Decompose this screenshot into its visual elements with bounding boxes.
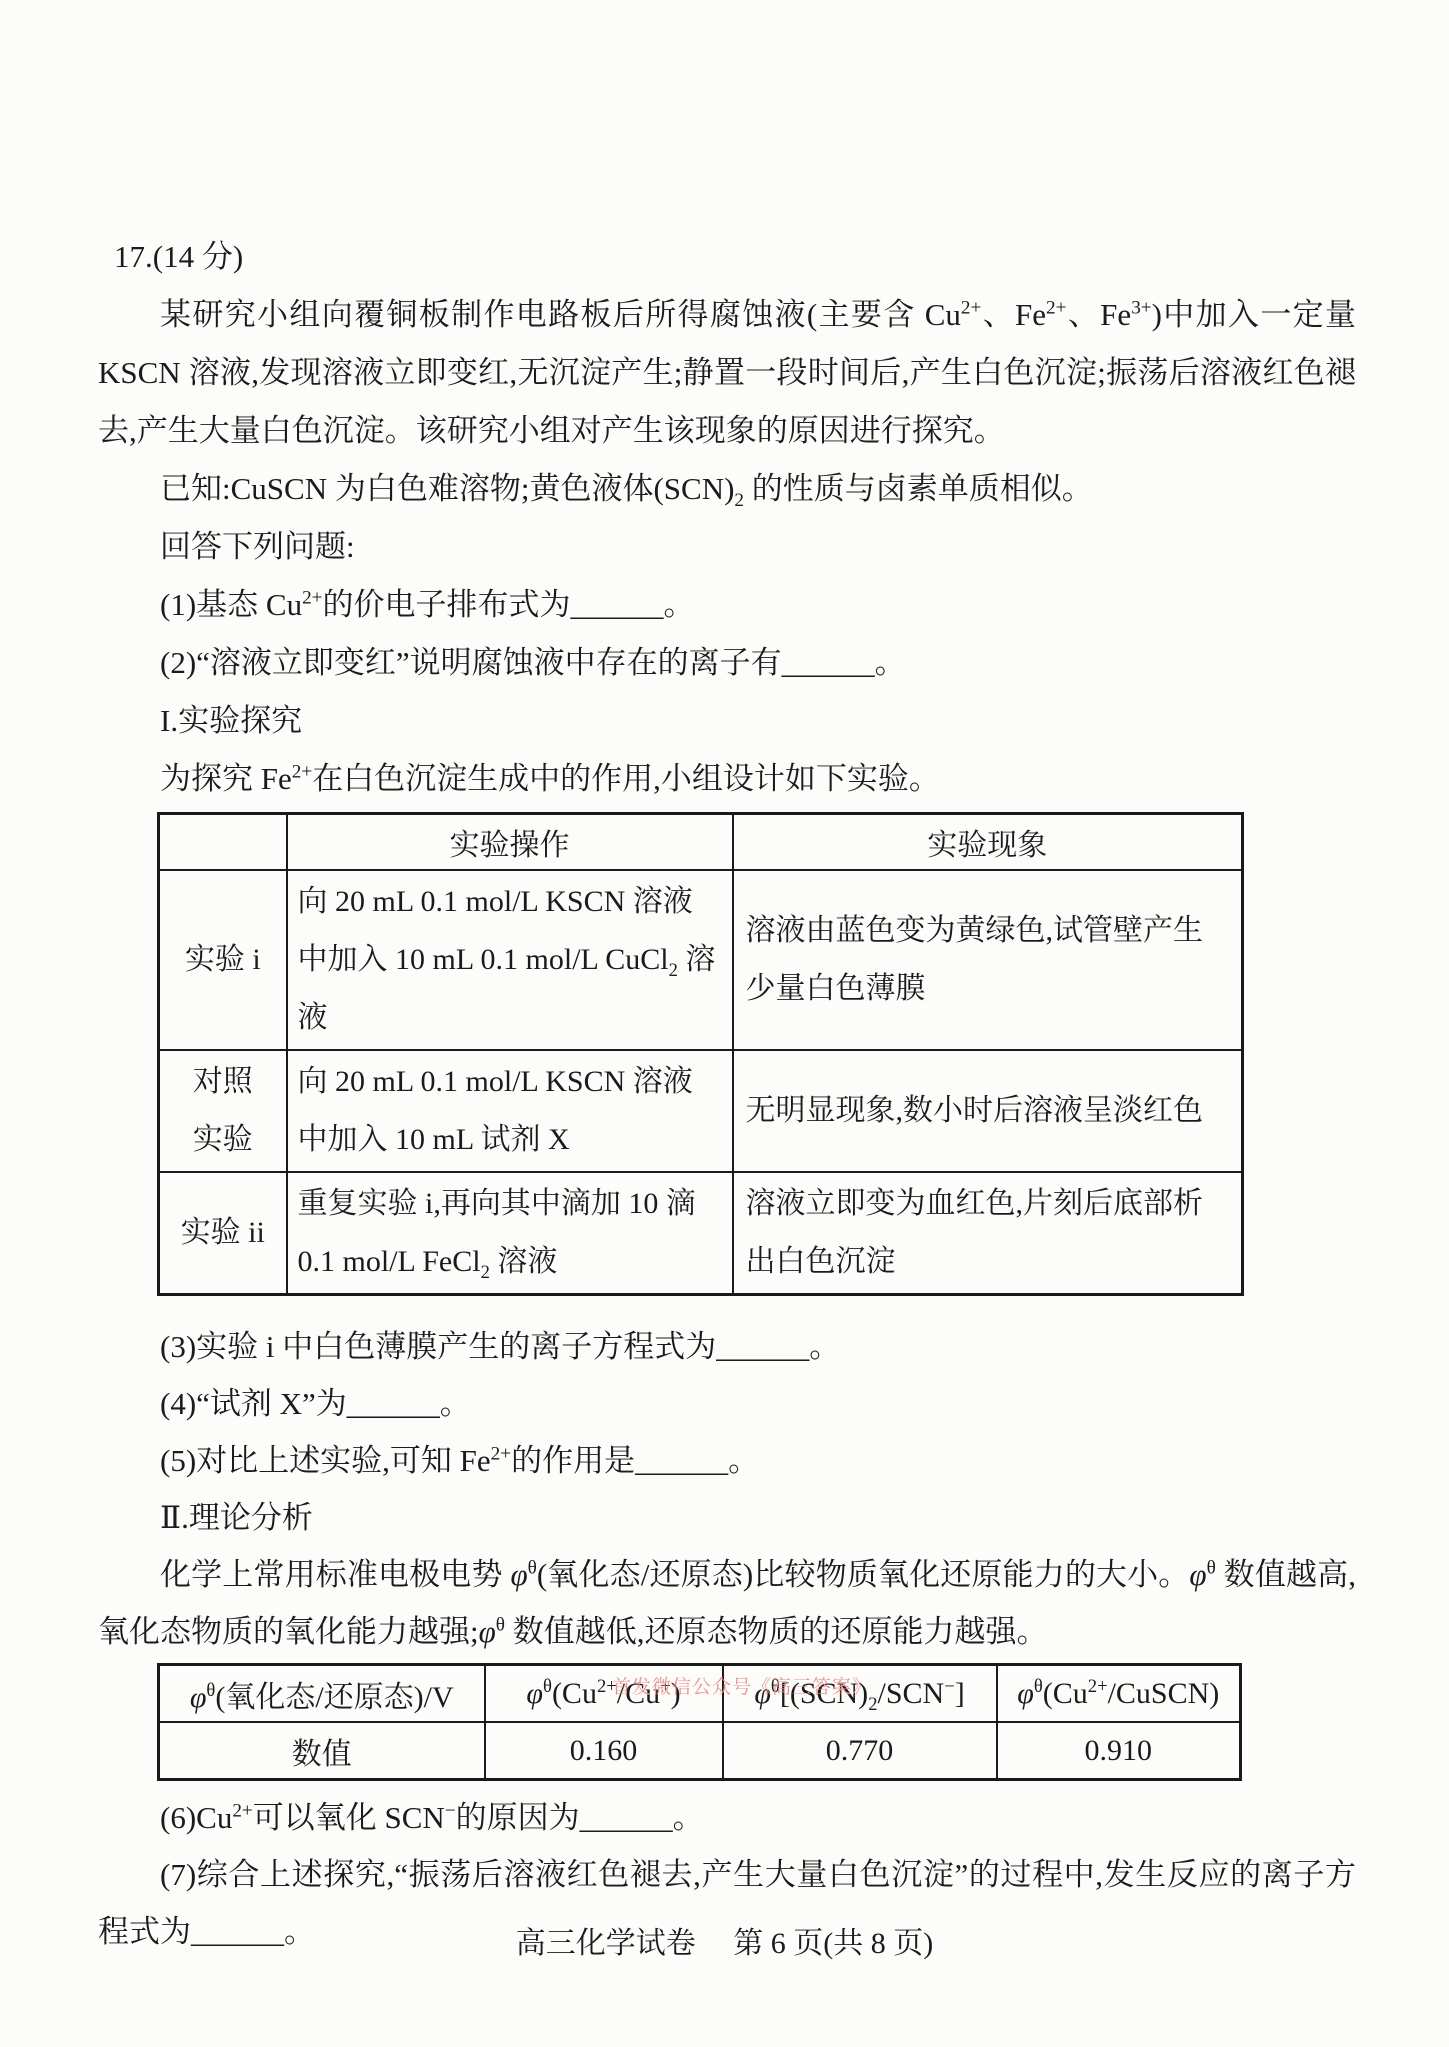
section-2-title: Ⅱ.理论分析: [98, 1489, 1356, 1546]
experiment-table: 实验操作 实验现象 实验 i 向 20 mL 0.1 mol/L KSCN 溶液…: [157, 812, 1244, 1296]
potential-value-cu2-cuscn: 0.910: [997, 1722, 1241, 1780]
table-row: 实验 ii 重复实验 i,再向其中滴加 10 滴 0.1 mol/L FeCl2…: [159, 1172, 1243, 1295]
intro-paragraph: 某研究小组向覆铜板制作电路板后所得腐蚀液(主要含 Cu2+、Fe2+、Fe3+)…: [98, 286, 1356, 460]
page-footer: 高三化学试卷 第 6 页(共 8 页): [0, 1922, 1449, 1966]
table-row: 对照实验 向 20 mL 0.1 mol/L KSCN 溶液中加入 10 mL …: [159, 1050, 1243, 1172]
questions-3-to-5-block: (3)实验 i 中白色薄膜产生的离子方程式为______。 (4)“试剂 X”为…: [98, 1318, 1356, 1660]
potential-value-cu2-cu1: 0.160: [485, 1722, 723, 1780]
experiment-table-header-row: 实验操作 实验现象: [159, 814, 1243, 871]
potential-value-scn2-scn: 0.770: [723, 1722, 997, 1780]
experiment-ii-operation: 重复实验 i,再向其中滴加 10 滴 0.1 mol/L FeCl2 溶液: [287, 1172, 733, 1295]
control-experiment-label: 对照实验: [159, 1050, 287, 1172]
question-number: 17.(14 分): [98, 228, 1356, 286]
experiment-i-label: 实验 i: [159, 870, 287, 1050]
potential-header-cu2-cuscn: φθ(Cu2+/CuSCN): [997, 1665, 1241, 1723]
potential-header-label: φθ(氧化态/还原态)/V: [159, 1665, 485, 1723]
exam-page: 17.(14 分) 某研究小组向覆铜板制作电路板后所得腐蚀液(主要含 Cu2+、…: [0, 0, 1449, 2047]
potential-value-row-label: 数值: [159, 1722, 485, 1780]
experiment-ii-label: 实验 ii: [159, 1172, 287, 1295]
question-4: (4)“试剂 X”为______。: [98, 1375, 1356, 1432]
answer-prompt: 回答下列问题:: [98, 518, 1356, 576]
table-row: 实验 i 向 20 mL 0.1 mol/L KSCN 溶液中加入 10 mL …: [159, 870, 1243, 1050]
watermark-text: 首发微信公众号《高三答案》: [612, 1672, 872, 1699]
question-2: (2)“溶液立即变红”说明腐蚀液中存在的离子有______。: [98, 634, 1356, 692]
experiment-table-header-operation: 实验操作: [287, 814, 733, 871]
question-1: (1)基态 Cu2+的价电子排布式为______。: [98, 576, 1356, 634]
experiment-table-header-phenomenon: 实验现象: [733, 814, 1243, 871]
experiment-table-corner-cell: [159, 814, 287, 871]
experiment-i-phenomenon: 溶液由蓝色变为黄绿色,试管壁产生少量白色薄膜: [733, 870, 1243, 1050]
experiment-i-operation: 向 20 mL 0.1 mol/L KSCN 溶液中加入 10 mL 0.1 m…: [287, 870, 733, 1050]
control-experiment-phenomenon: 无明显现象,数小时后溶液呈淡红色: [733, 1050, 1243, 1172]
section-1-intro: 为探究 Fe2+在白色沉淀生成中的作用,小组设计如下实验。: [98, 750, 1356, 808]
experiment-ii-phenomenon: 溶液立即变为血红色,片刻后底部析出白色沉淀: [733, 1172, 1243, 1295]
potential-table-value-row: 数值 0.160 0.770 0.910: [159, 1722, 1241, 1780]
question-6: (6)Cu2+可以氧化 SCN−的原因为______。: [98, 1789, 1356, 1846]
exam-content: 17.(14 分) 某研究小组向覆铜板制作电路板后所得腐蚀液(主要含 Cu2+、…: [98, 228, 1356, 1960]
question-5: (5)对比上述实验,可知 Fe2+的作用是______。: [98, 1432, 1356, 1489]
control-experiment-operation: 向 20 mL 0.1 mol/L KSCN 溶液中加入 10 mL 试剂 X: [287, 1050, 733, 1172]
section-2-intro: 化学上常用标准电极电势 φθ(氧化态/还原态)比较物质氧化还原能力的大小。φθ …: [98, 1546, 1356, 1660]
section-1-title: I.实验探究: [98, 692, 1356, 750]
question-3: (3)实验 i 中白色薄膜产生的离子方程式为______。: [98, 1318, 1356, 1375]
known-info-line: 已知:CuSCN 为白色难溶物;黄色液体(SCN)2 的性质与卤素单质相似。: [98, 460, 1356, 518]
